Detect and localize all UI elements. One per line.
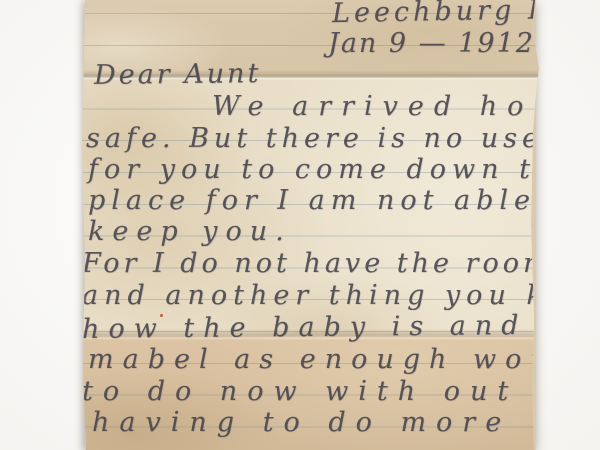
letter-body-line: safe. But there is no use. xyxy=(86,124,557,154)
letter-body-line: having to do more xyxy=(92,408,511,438)
letter-body-line: mabel as enough work xyxy=(88,345,578,375)
letter-body-line: For I do not have the room xyxy=(82,249,553,279)
letter-photograph: Leechburg Pa Jan 9 — 1912 Dear Aunt We a… xyxy=(0,0,600,450)
letter-body-line: keep you. xyxy=(88,217,292,247)
letter-body-line: how the baby is and xyxy=(82,311,528,345)
letter-body-line: We arrived home xyxy=(212,92,595,122)
letter-body-line: to do now with out xyxy=(82,377,518,407)
letter-body-line: place for I am not able to xyxy=(88,186,590,216)
letter-body-line: and another thing you know xyxy=(82,281,600,311)
letter-body-line: for you to come down to my xyxy=(88,155,600,185)
letter-paper: Leechburg Pa Jan 9 — 1912 Dear Aunt We a… xyxy=(82,0,540,450)
letter-salutation: Dear Aunt xyxy=(94,59,262,90)
letter-date-line: Jan 9 — 1912 xyxy=(328,29,535,59)
